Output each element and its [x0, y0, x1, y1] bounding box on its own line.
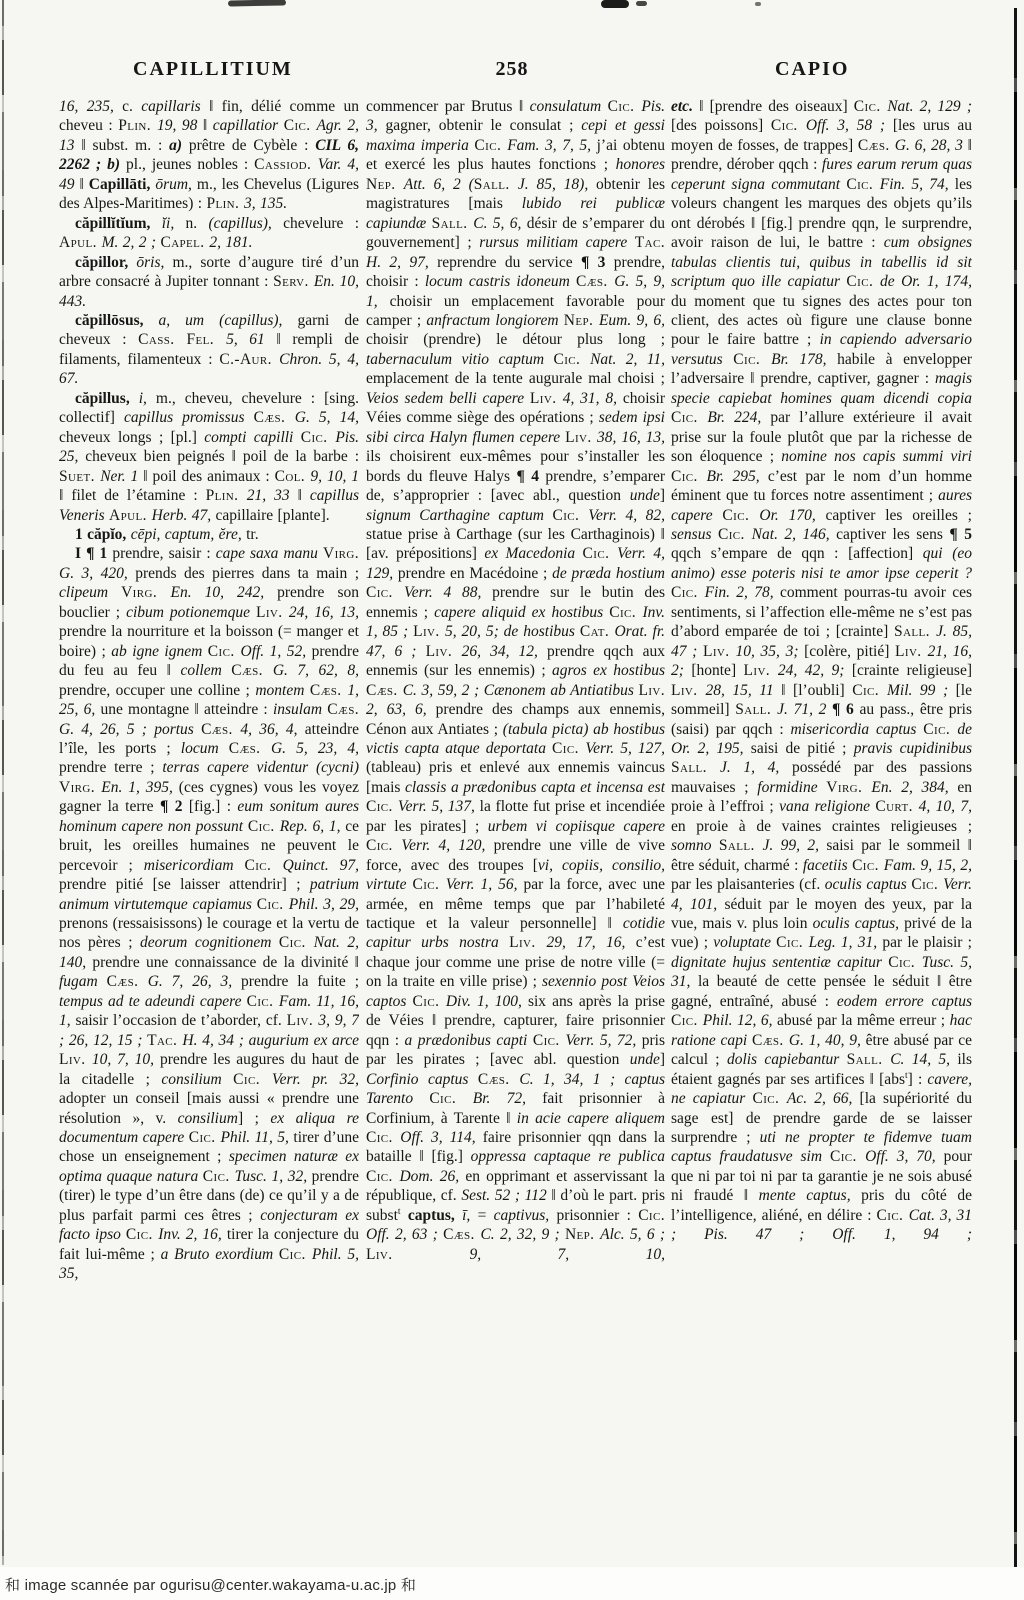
text-segment: Liv.	[287, 1012, 319, 1029]
text-segment: cape saxa manu	[216, 545, 323, 562]
text-segment: facetiis	[803, 857, 852, 874]
text-segment: sensus	[671, 526, 718, 543]
text-segment: Apul.	[109, 507, 152, 524]
text-segment: prends des pierres dans ta main ;	[135, 565, 359, 582]
text-segment: Liv.	[638, 682, 665, 699]
text-segment: 9, 7, 10,	[469, 1246, 665, 1263]
text-segment: consilium	[178, 1110, 238, 1127]
text-segment: Cic.	[126, 1226, 158, 1243]
text-segment: Cic.	[852, 857, 884, 874]
text-segment: Virg.	[121, 584, 170, 601]
text-segment: ‖ subst. m. :	[81, 137, 169, 154]
text-segment: 10, 7, 10,	[92, 1051, 160, 1068]
text-segment: collem	[180, 662, 231, 679]
text-segment: Apul.	[59, 234, 102, 251]
text-segment: Cic.	[671, 1012, 703, 1029]
text-segment: ‖	[203, 117, 213, 134]
text-segment: Rep. 6, 1,	[280, 818, 345, 835]
text-segment: Sall.	[719, 837, 763, 854]
dictionary-paragraph: 16, 235, c. capillaris ‖ fin, délié comm…	[59, 97, 359, 214]
text-segment: Suet.	[59, 468, 100, 485]
text-segment: Br. 72,	[473, 1090, 542, 1107]
text-segment: Sall.	[847, 1051, 891, 1068]
text-segment: prendre, saisir :	[112, 545, 215, 562]
text-segment: ]	[660, 1051, 665, 1068]
text-segment: 5, 20, 5;	[445, 623, 504, 640]
text-segment: J. 1, 4,	[720, 759, 792, 776]
text-segment: Tusc. 1, 32,	[235, 1168, 312, 1185]
text-segment: Cic.	[301, 429, 336, 446]
text-segment: oppressa captaque re publica	[471, 1148, 665, 1165]
text-segment: captiver les oreilles ;	[826, 507, 972, 524]
text-segment: Cic.	[279, 934, 314, 951]
text-segment: captus,	[408, 1207, 462, 1224]
text-segment: Plin.	[118, 117, 157, 134]
text-segment: saisi de pitié ;	[751, 740, 854, 757]
text-segment: Off. 3, 114,	[400, 1129, 482, 1146]
text-segment: Br. 224,	[707, 409, 770, 426]
text-segment: Nep.	[564, 312, 599, 329]
text-column-2: commencer par Brutus ‖ consulatum Cic. P…	[366, 97, 665, 1569]
scan-smudge	[601, 0, 629, 8]
text-segment: saisir l’occasion de t’aborder, cf.	[75, 1012, 286, 1029]
text-segment: Cic.	[203, 1168, 235, 1185]
scan-credit-text: 和 image scannée par ogurisu@center.wakay…	[5, 1574, 416, 1595]
text-segment: cēpi, captum, ĕre,	[131, 526, 246, 543]
text-segment: Cæs.	[254, 409, 295, 426]
text-segment: portus	[154, 721, 201, 738]
text-segment: căpillus,	[75, 390, 139, 407]
text-segment: Verr. 4 88,	[404, 584, 492, 601]
text-segment: Cic.	[771, 117, 806, 134]
text-segment: Cæs.	[229, 740, 271, 757]
text-segment: compti capilli	[204, 429, 301, 446]
text-segment: căpillĭtĭum,	[75, 215, 162, 232]
text-segment: 28, 15, 11	[705, 682, 781, 699]
text-segment: capere aliquid ex hostibus	[434, 604, 609, 621]
text-segment: Cæs.	[858, 137, 895, 154]
text-segment: qqch s’empare de qqn : [affection]	[671, 545, 923, 562]
text-column-1: 16, 235, c. capillaris ‖ fin, délié comm…	[59, 97, 359, 1569]
scan-smudge	[228, 0, 286, 7]
text-segment: cheveux bien peignés ‖ poil de la barbe …	[85, 448, 359, 465]
text-segment: G. 5, 14,	[295, 409, 359, 426]
text-segment: capillus promissus	[124, 409, 254, 426]
scan-smudge	[636, 1, 647, 6]
text-segment: capillaris	[141, 98, 209, 115]
text-segment: 26, 34, 12,	[462, 643, 547, 660]
text-segment: ‖ [prendre des oiseaux]	[699, 98, 854, 115]
text-segment: 2, 63, 6,	[366, 701, 436, 718]
text-segment: 29, 17, 16,	[546, 934, 635, 951]
text-segment: de Or. 1, 174,	[880, 273, 972, 290]
text-segment: Fam. 3, 7, 5,	[507, 137, 596, 154]
text-segment: [colère, pitié]	[804, 643, 895, 660]
text-segment: Liv.	[509, 934, 546, 951]
text-segment: 2, 181.	[209, 234, 252, 251]
text-segment: Phil. 11, 5,	[220, 1129, 293, 1146]
text-segment: commencer par Brutus ‖	[366, 98, 530, 115]
text-segment: Plin.	[206, 195, 244, 212]
text-segment: Virg.	[59, 779, 101, 796]
text-segment: Br. 178,	[771, 351, 837, 368]
header-page-number: 258	[0, 58, 1024, 81]
text-segment: Verr. 4, 120,	[401, 837, 493, 854]
text-segment: 9, 10, 1	[310, 468, 359, 485]
text-segment: G. 7, 26, 3,	[148, 973, 241, 990]
text-segment: captiver les sens	[836, 526, 949, 543]
text-segment: Inv. 2, 16,	[158, 1226, 227, 1243]
text-segment: [crainte religieuse]	[852, 662, 972, 679]
scan-smudge	[755, 2, 761, 6]
text-segment: Cic.	[279, 1246, 312, 1263]
text-segment: En. 2, 384,	[871, 779, 957, 796]
text-segment: a Bruto exordium	[161, 1246, 279, 1263]
text-segment: choisir (prendre) le détour plus long ;	[366, 331, 665, 348]
text-segment: G. 7, 62, 8,	[273, 662, 359, 679]
text-segment: Br. 295,	[707, 468, 768, 485]
text-segment: G. 4, 26, 5 ;	[59, 721, 154, 738]
text-segment: par le plaisir ;	[882, 934, 972, 951]
text-segment: Cic.	[718, 526, 752, 543]
scanner-footer-bar: 和 image scannée par ogurisu@center.wakay…	[0, 1567, 1024, 1600]
text-column-3: etc. ‖ [prendre des oiseaux] Cic. Nat. 2…	[671, 97, 972, 1569]
text-segment: Liv.	[256, 604, 289, 621]
text-segment: Cæs.	[231, 662, 273, 679]
text-segment: Div. 1, 100,	[446, 993, 528, 1010]
text-segment: Cæs.	[201, 721, 240, 738]
text-segment: prêtre de Cybèle :	[189, 137, 315, 154]
text-segment: etc.	[671, 98, 699, 115]
text-segment: urbem vi copiisque capere	[488, 818, 665, 835]
text-segment: Liv.	[565, 429, 597, 446]
text-segment: voluptate	[713, 934, 776, 951]
text-segment: [honte]	[691, 662, 743, 679]
text-segment: oculis captus,	[813, 915, 905, 932]
text-segment: C. 2, 32, 9 ;	[480, 1226, 564, 1243]
text-segment: Cic.	[552, 507, 588, 524]
text-segment: 24, 16, 13,	[289, 604, 359, 621]
dictionary-paragraph: 1 căpĭo, cēpi, captum, ĕre, tr.	[59, 525, 359, 544]
text-segment: Liv.	[671, 682, 705, 699]
text-segment: de hostibus	[504, 623, 580, 640]
text-segment: ī,	[462, 1207, 477, 1224]
text-segment: C. 1, 34, 1 ;	[519, 1071, 624, 1088]
text-segment: [fig.] :	[189, 798, 238, 815]
text-segment: ‖ poil des animaux :	[143, 468, 274, 485]
text-segment: Cass. Fel.	[138, 331, 226, 348]
dictionary-paragraph: căpillōsus, a, um (capillus), garni de c…	[59, 311, 359, 389]
text-segment: ‖	[79, 176, 88, 193]
text-segment: Cic.	[830, 1148, 865, 1165]
text-segment: Cic.	[776, 934, 808, 951]
text-segment: Sall.	[671, 759, 720, 776]
text-segment: in acie capere aliquem	[517, 1110, 665, 1127]
text-segment: Cic.	[846, 273, 880, 290]
text-segment: Cic.	[429, 1090, 472, 1107]
text-segment: mente captus,	[759, 1187, 861, 1204]
dictionary-paragraph: căpillĭtĭum, ĭi, n. (capillus), chevelur…	[59, 214, 359, 253]
text-segment: Verr. 1, 56,	[446, 876, 524, 893]
text-segment: Cæs.	[752, 1032, 789, 1049]
text-segment: Cassiod.	[254, 156, 318, 173]
text-segment: Curt.	[875, 798, 918, 815]
text-segment: oculis captus	[825, 876, 912, 893]
text-segment: tempus ad te adeundi capere	[59, 993, 247, 1010]
text-segment: eodem errore captus	[837, 993, 972, 1010]
text-segment: classis a prædonibus capta et incensa es…	[405, 779, 665, 796]
text-segment: abusé par la même erreur ;	[777, 1012, 950, 1029]
text-segment: augurium ex arce	[249, 1032, 359, 1049]
text-segment: Fin. 5, 74,	[880, 176, 955, 193]
text-segment: b)	[107, 156, 126, 173]
text-segment: terras capere videntur (cycni)	[162, 759, 359, 776]
text-segment: misericordia captus	[790, 721, 923, 738]
text-segment: 24, 42, 9;	[778, 662, 852, 679]
text-segment: G. 3, 420,	[59, 565, 135, 582]
text-segment: căpillor,	[75, 254, 136, 271]
text-segment: unde	[630, 487, 660, 504]
text-segment: Virg.	[323, 545, 359, 562]
scan-right-edge-artifact	[1014, 8, 1017, 1570]
text-segment: Att. 6, 2 (	[404, 176, 474, 193]
text-segment: G. 5, 23, 4,	[271, 740, 359, 757]
text-segment: Cic.	[852, 682, 887, 699]
text-segment: J. 99, 2,	[762, 837, 826, 854]
text-segment: ōrum,	[155, 176, 197, 193]
text-segment: consilium	[161, 1071, 233, 1088]
text-segment: Or. 170,	[759, 507, 825, 524]
text-segment: signum Carthagine captum	[366, 507, 552, 524]
text-segment: ‖ [l’oubli]	[781, 682, 852, 699]
text-segment: n.	[186, 215, 209, 232]
dictionary-paragraph: I ¶ 1 prendre, saisir : cape saxa manu V…	[59, 544, 359, 1283]
text-segment: En. 1, 395,	[101, 779, 179, 796]
text-segment: Nat. 2, 129 ;	[887, 98, 972, 115]
text-segment: dolis capiebantur	[727, 1051, 847, 1068]
text-segment: Cic.	[722, 507, 759, 524]
text-segment: Capel.	[160, 234, 209, 251]
text-segment: rursus militiam capere	[479, 234, 635, 251]
text-segment: Cic.	[671, 409, 707, 426]
text-segment: Cic.	[583, 545, 618, 562]
text-segment: 3, 135.	[244, 195, 287, 212]
text-segment: par les plaisanteries (cf.	[671, 876, 825, 893]
text-segment: Mil. 99 ;	[887, 682, 956, 699]
text-segment: Cic.	[474, 137, 507, 154]
text-segment: prisonnier :	[556, 1207, 638, 1224]
text-segment: Verr. 4, 82,	[588, 507, 665, 524]
text-segment: Leg. 1, 31,	[809, 934, 883, 951]
text-segment: Cic.	[366, 1129, 400, 1146]
text-segment: cheveux longs ; [pl.]	[59, 429, 204, 446]
text-segment: Off. 1, 52,	[241, 643, 312, 660]
text-segment: Cic.	[533, 1032, 566, 1049]
text-segment: Liv.	[703, 643, 736, 660]
text-segment: ¶ 3	[581, 254, 614, 271]
text-segment: Alc. 5, 6 ;	[600, 1226, 665, 1243]
text-segment: Ac. 2, 66,	[787, 1090, 860, 1107]
text-segment: Col.	[275, 468, 311, 485]
dictionary-paragraph: commencer par Brutus ‖ consulatum Cic. P…	[366, 97, 665, 1264]
text-segment: ‖	[298, 487, 310, 504]
text-segment: Plin.	[206, 487, 247, 504]
text-segment: Cic.	[552, 740, 585, 757]
text-segment: Sall.	[894, 623, 936, 640]
text-segment: captivus,	[494, 1207, 557, 1224]
text-segment: cibum potionemque	[126, 604, 256, 621]
text-segment: Fam. 9, 15, 2,	[884, 857, 972, 874]
text-segment: Cæs.	[366, 682, 403, 699]
text-segment: Cic.	[888, 954, 922, 971]
text-segment: gagner, obtenir le consulat ;	[385, 117, 581, 134]
text-segment: tr.	[246, 526, 259, 543]
text-segment: Verr. pr. 32,	[272, 1071, 359, 1088]
text-segment: c.	[122, 98, 141, 115]
text-segment: montem	[255, 682, 310, 699]
text-segment: unde	[630, 1051, 660, 1068]
text-segment: reprendre du service	[437, 254, 581, 271]
text-segment: Virg.	[826, 779, 871, 796]
text-segment: =	[478, 1207, 494, 1224]
text-segment: Cic.	[412, 876, 445, 893]
text-segment: locum	[181, 740, 229, 757]
text-segment: Off. 3, 58 ;	[806, 117, 893, 134]
text-segment: Cic.	[553, 351, 590, 368]
dictionary-paragraph: căpillus, i, m., cheveu, chevelure : [si…	[59, 389, 359, 525]
text-segment: Cic.	[233, 1071, 272, 1088]
text-segment: 1 căpĭo,	[75, 526, 131, 543]
text-segment: deorum cognitionem	[140, 934, 279, 951]
text-segment: 21, 33	[247, 487, 298, 504]
text-segment: Sall.	[432, 215, 474, 232]
text-segment: J. 71, 2	[777, 701, 832, 718]
scan-left-edge-artifact	[2, 0, 4, 1565]
text-segment: ¶ 6	[832, 701, 859, 718]
text-segment: Cic.	[189, 1129, 221, 1146]
text-segment: Nat. 2, 11,	[590, 351, 665, 368]
text-segment: prendre la fuite ;	[241, 973, 359, 990]
text-segment: Off. 2, 63 ;	[366, 1226, 443, 1243]
text-segment: H. 2, 97,	[366, 254, 437, 271]
text-segment: Cic.	[366, 837, 401, 854]
text-segment: Phil. 12, 6,	[703, 1012, 777, 1029]
text-segment: Nep.	[366, 176, 404, 193]
text-segment: Cænonem ab Antiatibus	[484, 682, 639, 699]
text-segment: Sall.	[735, 701, 777, 718]
text-segment: Nep.	[565, 1226, 600, 1243]
text-segment: en proie à de vaines craintes religieuse…	[671, 818, 972, 835]
text-segment: C.-Aur.	[219, 351, 279, 368]
text-segment: Dom. 26,	[399, 1168, 465, 1185]
scanned-dictionary-page: CAPILLITIUM 258 CAPIO 16, 235, c. capill…	[0, 0, 1024, 1600]
text-segment: Cic.	[608, 98, 642, 115]
text-segment: Cic.	[208, 643, 241, 660]
text-segment: clipeum	[59, 584, 121, 601]
text-segment: ¶ 4	[516, 468, 545, 485]
text-segment: Phil. 3, 29,	[289, 896, 359, 913]
text-segment: 19, 98	[157, 117, 203, 134]
text-segment: Cæs.	[443, 1226, 480, 1243]
text-segment: G. 1, 40, 9,	[789, 1032, 866, 1049]
text-segment: Nat. 2, 146,	[752, 526, 836, 543]
text-segment: Liv.	[366, 1246, 469, 1263]
text-segment: Liv.	[59, 1051, 92, 1068]
dictionary-paragraph: căpillor, ōris, m., sorte d’augure tiré …	[59, 253, 359, 311]
text-segment	[401, 1207, 408, 1224]
text-segment: pravis cupidinibus	[854, 740, 972, 757]
text-segment: ōris,	[136, 254, 172, 271]
text-segment: Verr. 5, 72,	[566, 1032, 642, 1049]
text-segment: agros ex hostibus	[552, 662, 665, 679]
text-segment: Quinct. 97,	[283, 857, 359, 874]
text-segment: 4, 10, 7,	[919, 798, 972, 815]
text-segment: ]	[660, 487, 665, 504]
text-segment: Liv.	[895, 643, 928, 660]
running-head: CAPILLITIUM 258 CAPIO	[0, 58, 1024, 86]
text-segment: J. 85, 18),	[518, 176, 596, 193]
text-segment: ex Macedonia	[484, 545, 582, 562]
text-segment: emplacement de la tente augurale mal cho…	[366, 370, 665, 387]
text-segment: pl., jeunes nobles :	[126, 156, 254, 173]
text-segment: 5, 61	[226, 331, 276, 348]
text-segment: Cic.	[247, 993, 279, 1010]
text-segment: Cic.	[366, 584, 404, 601]
text-segment: Cic.	[854, 98, 887, 115]
header-right-guideword: CAPIO	[775, 58, 849, 81]
text-segment: tabernaculum vitio captum	[366, 351, 553, 368]
text-segment: Cic.	[413, 993, 446, 1010]
text-segment: Fin. 2, 78,	[705, 584, 780, 601]
text-segment: ab igne ignem	[111, 643, 208, 660]
text-segment: Cæs.	[478, 1071, 520, 1088]
text-segment: Cæs.	[310, 682, 348, 699]
text-segment: 4, 31, 8,	[563, 390, 623, 407]
dictionary-paragraph: etc. ‖ [prendre des oiseaux] Cic. Nat. 2…	[671, 97, 972, 1245]
text-segment: prendre pitié [se laisser attendrir] ;	[59, 876, 310, 893]
text-segment: 10, 35, 3;	[736, 643, 805, 660]
text-segment: Cic.	[366, 798, 398, 815]
text-segment: honores	[616, 156, 665, 173]
text-segment: G. 6, 28, 3	[895, 137, 968, 154]
text-segment: C. 3, 59, 2 ;	[403, 682, 484, 699]
text-segment: Cic.	[609, 604, 642, 621]
text-segment: Cic.	[846, 176, 879, 193]
text-segment: misericordiam	[144, 857, 245, 874]
text-segment: Herb. 47,	[152, 507, 216, 524]
text-segment: Cic.	[671, 584, 705, 601]
text-segment: Eum. 9, 6,	[599, 312, 665, 329]
text-segment: chevelure :	[283, 215, 359, 232]
text-segment: prendre terre ;	[59, 759, 162, 776]
text-segment: Cæs.	[576, 273, 614, 290]
text-segment: Cic.	[923, 721, 957, 738]
text-segment: Tac.	[635, 234, 665, 251]
text-segment: 38, 16, 13,	[597, 429, 665, 446]
text-segment: C. 14, 5,	[890, 1051, 957, 1068]
text-segment: capillatior	[213, 117, 284, 134]
text-segment: a prædonibus capti	[404, 1032, 532, 1049]
text-segment: formidine	[757, 779, 826, 796]
text-segment: Tac.	[147, 1032, 182, 1049]
text-segment: Ner. 1	[100, 468, 143, 485]
text-segment: consulatum	[530, 98, 608, 115]
text-segment: a, um (capillus),	[159, 312, 298, 329]
text-segment: somno	[671, 837, 719, 854]
text-segment: Cic.	[366, 1168, 399, 1185]
text-segment: Liv.	[744, 662, 778, 679]
text-segment: Cic.	[752, 1090, 786, 1107]
